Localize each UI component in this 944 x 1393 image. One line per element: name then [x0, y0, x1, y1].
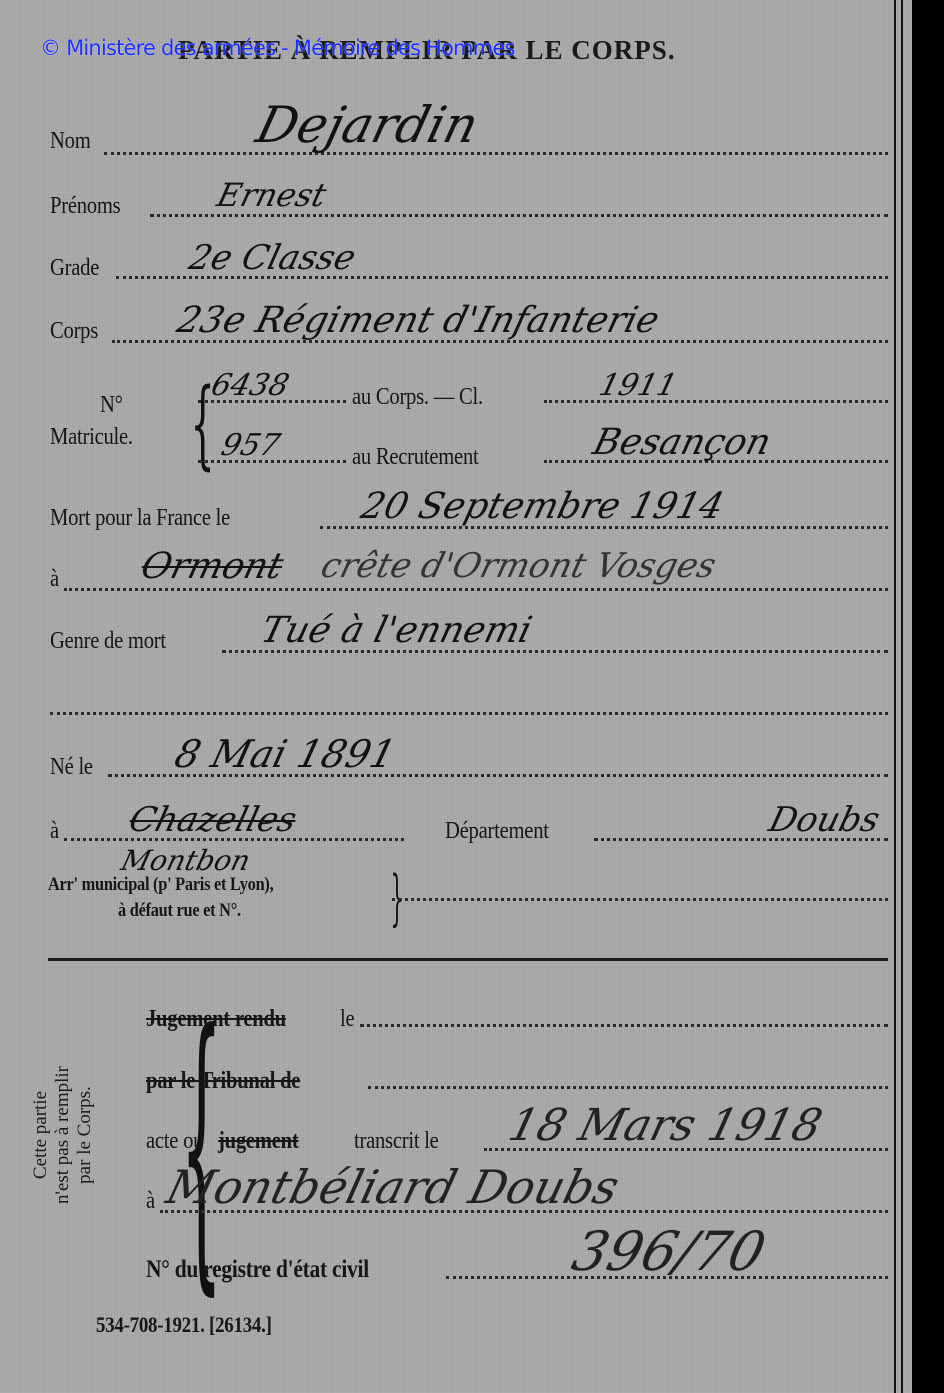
matricule-recrutement-number: 957	[218, 428, 284, 463]
genre-de-mort-label: Genre de mort	[50, 628, 166, 655]
arrondissement-label-line2: à défaut rue et N°.	[118, 900, 241, 922]
border-rule	[901, 0, 903, 1393]
border-rule	[894, 0, 896, 1393]
mort-a-line	[64, 588, 888, 591]
matricule-label: Matricule.	[50, 424, 133, 451]
jugement-rendu-label: le	[340, 1006, 354, 1033]
grade-label: Grade	[50, 255, 99, 282]
prenoms-line	[150, 214, 888, 217]
ne-a-correction-value: Montbon	[118, 844, 254, 877]
grade-value: 2e Classe	[185, 238, 360, 278]
mort-le-value: 20 Septembre 1914	[357, 486, 728, 527]
blank-line	[50, 712, 888, 715]
ne-le-label: Né le	[50, 754, 93, 781]
mort-le-label: Mort pour la France le	[50, 505, 230, 532]
corps-value: 23e Régiment d'Infanterie	[173, 300, 663, 341]
acte-value: 18 Mars 1918	[504, 1100, 828, 1151]
scan-border	[912, 0, 944, 1393]
registre-value: 396/70	[566, 1220, 772, 1283]
acte-label-post: transcrit le	[354, 1128, 439, 1155]
matricule-corps-number: 6438	[208, 368, 293, 403]
nom-label: Nom	[50, 128, 91, 155]
acte-struck-label: jugement	[218, 1128, 298, 1155]
mort-a-struck-value: Ormont	[137, 546, 287, 587]
au-corps-label: au Corps. — Cl.	[352, 384, 483, 411]
corps-label: Corps	[50, 318, 98, 345]
ne-a-struck-value: Chazelles	[125, 800, 301, 840]
nom-line	[104, 152, 888, 155]
registre-label: N° du registre d'état civil	[146, 1256, 369, 1284]
acte-label-pre: acte ou	[146, 1128, 203, 1155]
genre-de-mort-value: Tué à l'ennemi	[257, 610, 536, 651]
au-recrutement-label: au Recrutement	[352, 444, 478, 471]
print-code: 534-708-1921. [26134.]	[96, 1312, 272, 1338]
recrutement-value: Besançon	[589, 422, 775, 463]
prenoms-label: Prénoms	[50, 193, 120, 220]
departement-label: Département	[445, 818, 549, 845]
tribunal-line	[368, 1086, 888, 1089]
classe-value: 1911	[596, 368, 681, 403]
nom-value: Dejardin	[251, 96, 485, 154]
jugement-rendu-struck-label: Jugement rendu	[146, 1006, 286, 1033]
jugement-rendu-line	[360, 1024, 888, 1027]
ne-le-value: 8 Mai 1891	[171, 732, 401, 776]
arrondissement-label-line1: Arr' municipal (p' Paris et Lyon),	[48, 874, 273, 896]
arrondissement-line	[392, 898, 888, 901]
departement-value: Doubs	[765, 800, 884, 840]
copyright-watermark: © Ministère des armées - Mémoire des Hom…	[40, 36, 515, 60]
death-record-card: PARTIE À REMPLIR PAR LE CORPS. © Ministè…	[0, 0, 912, 1393]
mort-a-value: crête d'Ormont Vosges	[317, 546, 720, 586]
matricule-no-label: N°	[100, 392, 123, 419]
prenoms-value: Ernest	[213, 176, 330, 214]
mort-a-label: à	[50, 566, 59, 593]
lieu-value: Montbéliard Doubs	[161, 1160, 624, 1214]
civil-section-side-note: Cette partie n'est pas à remplir par le …	[30, 1030, 96, 1240]
lieu-label: à	[146, 1188, 155, 1215]
tribunal-struck-label: par le Tribunal de	[146, 1068, 300, 1095]
ne-a-label: à	[50, 818, 59, 845]
section-divider	[48, 958, 888, 961]
